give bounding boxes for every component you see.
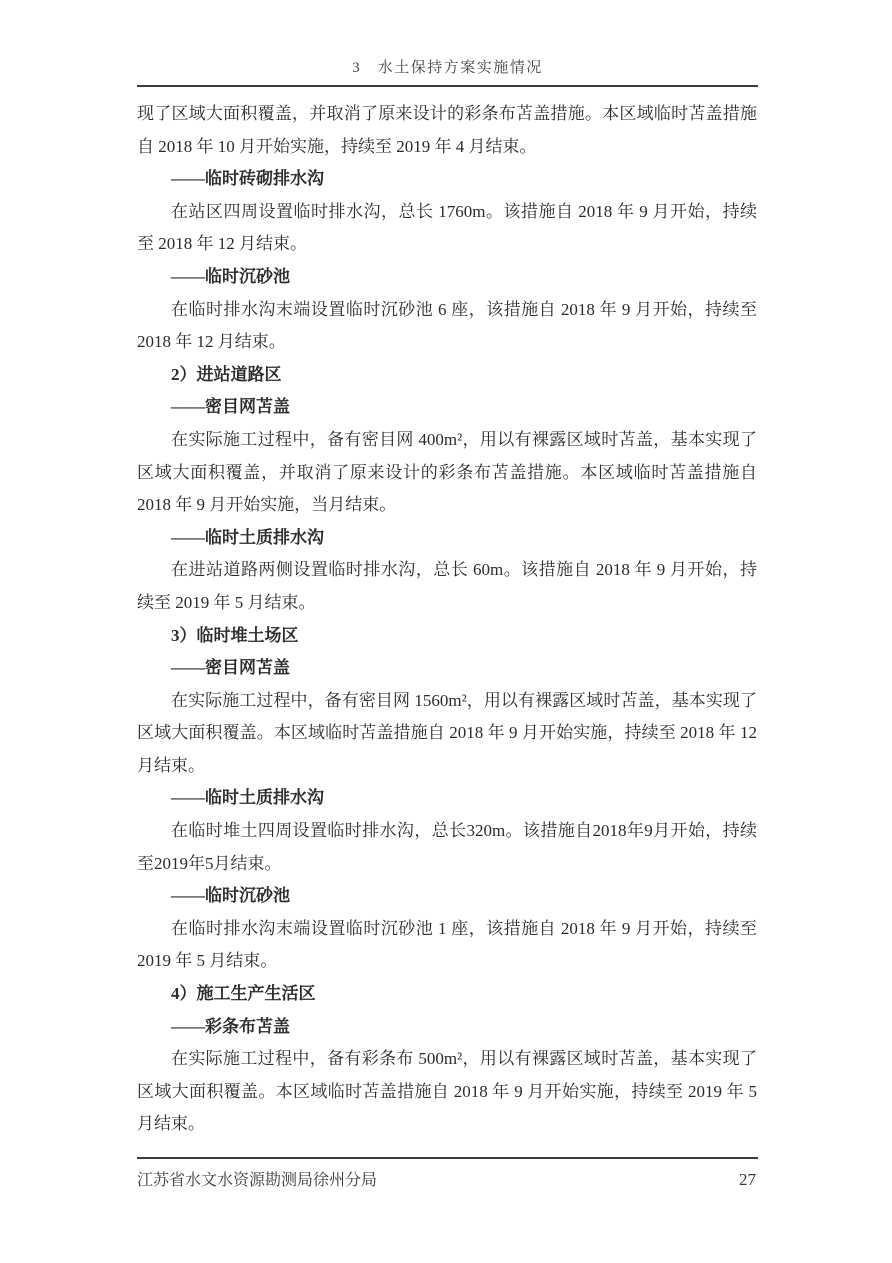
paragraph: 在临时堆土四周设置临时排水沟，总长320m。该措施自2018年9月开始，持续至2… (137, 815, 757, 880)
chapter-header-title: 3 水土保持方案实施情况 (352, 60, 543, 76)
document-body: 现了区域大面积覆盖，并取消了原来设计的彩条布苫盖措施。本区域临时苫盖措施自 20… (137, 98, 757, 1141)
page-footer: 江苏省水文水资源勘测局徐州分局 27 (137, 1157, 758, 1190)
section-heading: ——临时砖砌排水沟 (137, 163, 757, 196)
paragraph: 在临时排水沟末端设置临时沉砂池 1 座，该措施自 2018 年 9 月开始，持续… (137, 913, 757, 978)
paragraph: 在进站道路两侧设置临时排水沟，总长 60m。该措施自 2018 年 9 月开始，… (137, 554, 757, 619)
footer-organization: 江苏省水文水资源勘测局徐州分局 (137, 1167, 377, 1190)
document-page: 3 水土保持方案实施情况 现了区域大面积覆盖，并取消了原来设计的彩条布苫盖措施。… (0, 0, 892, 1263)
section-heading: ——密目网苫盖 (137, 391, 757, 424)
section-heading: 4）施工生产生活区 (137, 978, 757, 1011)
page-header: 3 水土保持方案实施情况 (137, 56, 758, 87)
section-heading: ——临时土质排水沟 (137, 782, 757, 815)
paragraph: 在站区四周设置临时排水沟，总长 1760m。该措施自 2018 年 9 月开始，… (137, 196, 757, 261)
paragraph: 在实际施工过程中，备有彩条布 500m²，用以有裸露区域时苫盖，基本实现了区域大… (137, 1043, 757, 1141)
section-heading: ——临时沉砂池 (137, 261, 757, 294)
section-heading: ——密目网苫盖 (137, 652, 757, 685)
section-heading: 3）临时堆土场区 (137, 620, 757, 653)
section-heading: ——彩条布苫盖 (137, 1011, 757, 1044)
section-heading: ——临时沉砂池 (137, 880, 757, 913)
paragraph: 在实际施工过程中，备有密目网 400m²，用以有裸露区域时苫盖，基本实现了区域大… (137, 424, 757, 522)
paragraph: 在临时排水沟末端设置临时沉砂池 6 座，该措施自 2018 年 9 月开始，持续… (137, 294, 757, 359)
paragraph: 在实际施工过程中，备有密目网 1560m²，用以有裸露区域时苫盖，基本实现了区域… (137, 685, 757, 783)
section-heading: 2）进站道路区 (137, 359, 757, 392)
page-number: 27 (739, 1170, 758, 1190)
section-heading: ——临时土质排水沟 (137, 522, 757, 555)
paragraph: 现了区域大面积覆盖，并取消了原来设计的彩条布苫盖措施。本区域临时苫盖措施自 20… (137, 98, 757, 163)
